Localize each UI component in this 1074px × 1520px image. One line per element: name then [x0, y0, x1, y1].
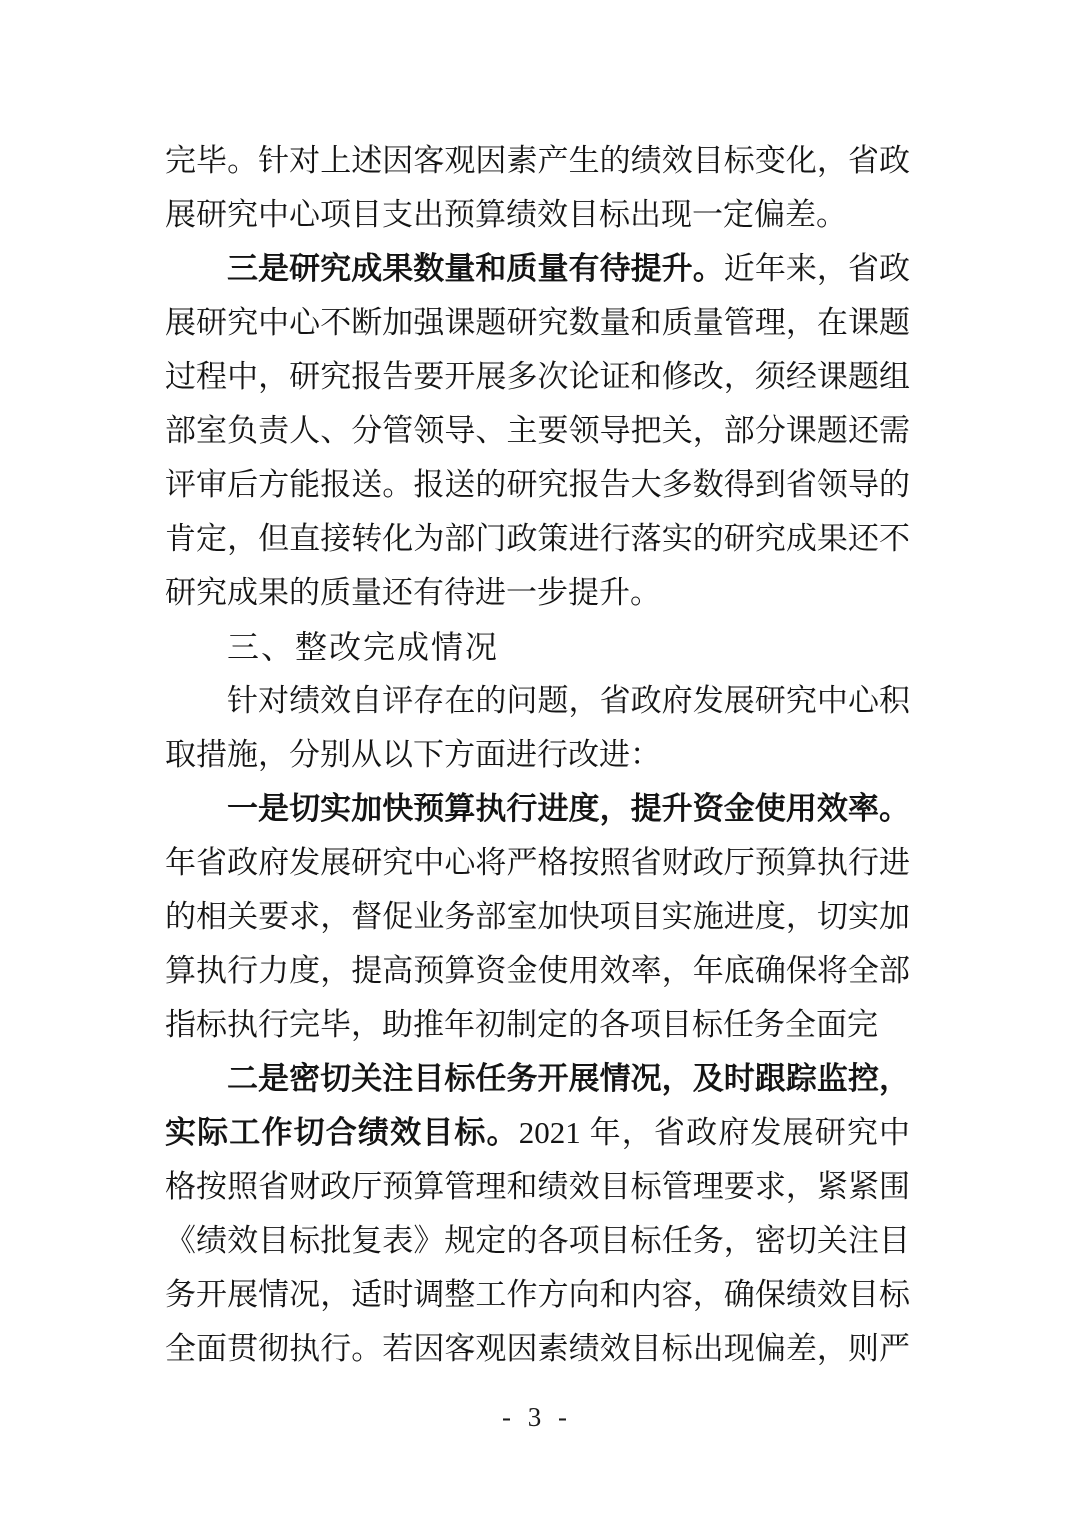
text-segment: 评审后方能报送。报送的研究报告大多数得到省领导的批示: [165, 467, 910, 512]
text-line: 格按照省财政厅预算管理和绩效目标管理要求，紧紧围绕: [165, 1160, 910, 1214]
text-segment: 完毕。针对上述因客观因素产生的绩效目标变化，省政府发: [165, 143, 910, 188]
text-segment: 取措施，分别从以下方面进行改进：: [165, 737, 661, 772]
text-line: 针对绩效自评存在的问题，省政府发展研究中心积极采: [165, 674, 910, 728]
text-segment-bold-lead: 实际工作切合绩效目标。: [165, 1115, 519, 1150]
text-line: 部室负责人、分管领导、主要领导把关，部分课题还需专家: [165, 404, 910, 458]
text-line: 肯定，但直接转化为部门政策进行落实的研究成果还不够，: [165, 512, 910, 566]
text-segment: 算执行力度，提高预算资金使用效率，年底确保将全部预算: [165, 953, 910, 998]
text-line: 实际工作切合绩效目标。2021 年，省政府发展研究中心将严: [165, 1106, 910, 1160]
text-line: 展研究中心项目支出预算绩效目标出现一定偏差。: [165, 188, 910, 242]
text-segment: 《绩效目标批复表》规定的各项目标任务，密切关注目标任: [165, 1223, 910, 1268]
text-line: 年省政府发展研究中心将严格按照省财政厅预算执行进度: [165, 836, 910, 890]
text-line: 三是研究成果数量和质量有待提升。近年来，省政府发: [165, 242, 910, 296]
text-segment: 指标执行完毕，助推年初制定的各项目标任务全面完成。: [165, 1007, 878, 1052]
text-segment: 展研究中心不断加强课题研究数量和质量管理，在课题研究: [165, 305, 910, 350]
text-line: 全面贯彻执行。若因客观因素绩效目标出现偏差，则严格按: [165, 1322, 910, 1376]
text-line: 《绩效目标批复表》规定的各项目标任务，密切关注目标任: [165, 1214, 910, 1268]
text-segment: 全面贯彻执行。若因客观因素绩效目标出现偏差，则严格按: [165, 1331, 910, 1376]
document-body: 完毕。针对上述因客观因素产生的绩效目标变化，省政府发展研究中心项目支出预算绩效目…: [165, 134, 910, 1376]
text-segment: 研究成果的质量还有待进一步提升。: [165, 575, 661, 610]
text-line: 一是切实加快预算执行进度，提升资金使用效率。2021: [165, 782, 910, 836]
text-line: 算执行力度，提高预算资金使用效率，年底确保将全部预算: [165, 944, 910, 998]
text-line: 研究成果的质量还有待进一步提升。: [165, 566, 910, 620]
text-line: 评审后方能报送。报送的研究报告大多数得到省领导的批示: [165, 458, 910, 512]
text-line: 指标执行完毕，助推年初制定的各项目标任务全面完成。: [165, 998, 910, 1052]
text-segment-bold-lead: 一是切实加快预算执行进度，提升资金使用效率。: [227, 791, 910, 826]
text-segment: 展研究中心项目支出预算绩效目标出现一定偏差。: [165, 197, 847, 232]
text-segment: 针对绩效自评存在的问题，省政府发展研究中心积极采: [165, 683, 910, 728]
text-segment: 务开展情况，适时调整工作方向和内容，确保绩效目标得到: [165, 1277, 910, 1322]
text-line: 务开展情况，适时调整工作方向和内容，确保绩效目标得到: [165, 1268, 910, 1322]
text-line: 完毕。针对上述因客观因素产生的绩效目标变化，省政府发: [165, 134, 910, 188]
page-footer: - 3 -: [0, 1402, 1074, 1433]
text-line: 二是密切关注目标任务开展情况，及时跟踪监控，确保: [165, 1052, 910, 1106]
text-segment: 年省政府发展研究中心将严格按照省财政厅预算执行进度: [165, 845, 910, 890]
text-line: 的相关要求，督促业务部室加快项目实施进度，切实加大预: [165, 890, 910, 944]
text-segment: 格按照省财政厅预算管理和绩效目标管理要求，紧紧围绕: [165, 1169, 910, 1214]
document-page: 完毕。针对上述因客观因素产生的绩效目标变化，省政府发展研究中心项目支出预算绩效目…: [0, 0, 1074, 1520]
text-segment: 过程中，研究报告要开展多次论证和修改，须经课题组长、: [165, 359, 910, 404]
text-segment: 的相关要求，督促业务部室加快项目实施进度，切实加大预: [165, 899, 910, 944]
text-line: 取措施，分别从以下方面进行改进：: [165, 728, 910, 782]
text-segment-bold-lead: 三是研究成果数量和质量有待提升。: [227, 251, 724, 286]
page-number: - 3 -: [502, 1402, 572, 1432]
text-segment: 三、整改完成情况: [227, 629, 499, 665]
text-segment-bold-lead: 二是密切关注目标任务开展情况，及时跟踪监控，确保: [165, 1061, 910, 1106]
section-heading: 三、整改完成情况: [165, 620, 910, 674]
text-line: 展研究中心不断加强课题研究数量和质量管理，在课题研究: [165, 296, 910, 350]
text-segment: 肯定，但直接转化为部门政策进行落实的研究成果还不够，: [165, 521, 910, 566]
text-segment: 部室负责人、分管领导、主要领导把关，部分课题还需专家: [165, 413, 910, 458]
text-line: 过程中，研究报告要开展多次论证和修改，须经课题组长、: [165, 350, 910, 404]
